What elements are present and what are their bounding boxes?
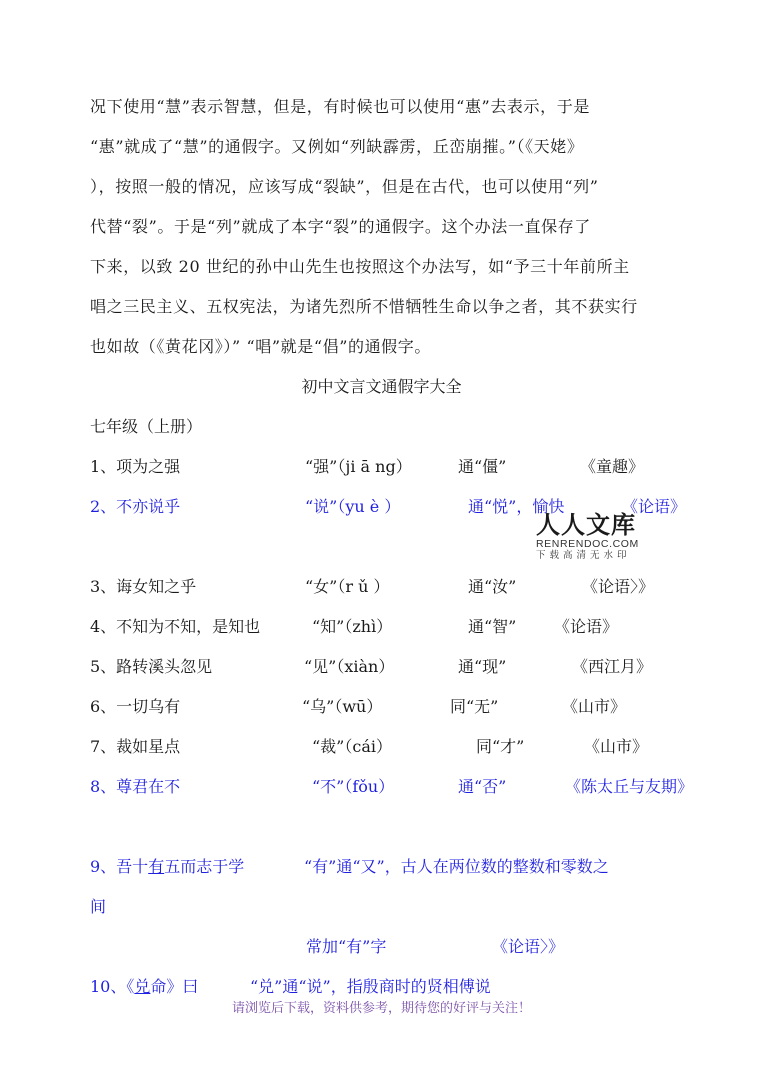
footer-note: 请浏览后下载，资料供参考，期待您的好评与关注！ (0, 1001, 763, 1017)
entry-character: “女”（r ǔ ） (305, 577, 390, 597)
paragraph-line: 代替“裂”。于是“列”就成了本字“裂”的通假字。这个办法一直保存了 (90, 217, 591, 237)
entry-sentence: 4、不知为不知，是知也 (90, 617, 260, 637)
entry-character: “说”（yu è ） (305, 497, 400, 517)
entry-sentence: 6、一切乌有 (90, 697, 180, 717)
renrendoc-watermark: 人人文库 RENRENDOC.COM 下载高清无水印 (536, 512, 646, 562)
paragraph-line: “惠”就成了“慧”的通假字。又例如“列缺霹雳，丘峦崩摧。”（《天姥》 (90, 137, 583, 157)
entry-sentence-underlined: 兑 (134, 977, 150, 996)
entry-character: “强”（ji ā ng） (305, 457, 412, 477)
paragraph-line: 况下使用“慧”表示智慧，但是，有时候也可以使用“惠”去表示，于是 (90, 97, 590, 117)
entry-character: “不”（fǒu） (312, 777, 394, 797)
entry-relation: 通“智” (468, 617, 516, 637)
entry-relation: 通“僵” (458, 457, 506, 477)
watermark-subtitle: 下载高清无水印 (536, 550, 646, 562)
entry-source: 《西江月》 (572, 657, 652, 677)
entry-relation: 同“无” (450, 697, 498, 717)
entry-sentence: 9、吾十有五而志于学 (90, 857, 244, 877)
paragraph-line: 唱之三民主义、五权宪法，为诸先烈所不惜牺牲生命以争之者，其不获实行 (90, 297, 638, 317)
entry-source: 《童趣》 (580, 457, 644, 477)
entry-sentence: 8、尊君在不 (90, 777, 180, 797)
paragraph-line: 也如故（《黄花冈》）” “唱”就是“倡”的通假字。 (90, 337, 431, 357)
entry-sentence: 10、《兑命》曰 (90, 977, 198, 997)
entry-sentence-prefix: 10、《 (90, 977, 134, 996)
paragraph-line: 下来，以致 20 世纪的孙中山先生也按照这个办法写，如“予三十年前所主 (90, 257, 630, 277)
entry-relation: 通“汝” (468, 577, 516, 597)
entry-character: “知”（zhì） (312, 617, 392, 637)
entry-source: 《论语〉》 (492, 937, 564, 957)
entry-relation: 同“才” (476, 737, 524, 757)
entry-character: “裁”（cái） (312, 737, 392, 757)
entry-sentence-prefix: 9、吾十 (90, 857, 148, 876)
entry-source: 《陈太丘与友期》 (565, 777, 693, 797)
entry-sentence: 5、路转溪头忽见 (90, 657, 212, 677)
entry-sentence-suffix: 命》曰 (150, 977, 198, 996)
entry-sentence: 3、诲女知之乎 (90, 577, 196, 597)
entry-relation: 通“现” (458, 657, 506, 677)
entry-sentence-underlined: 有 (148, 857, 164, 876)
watermark-title: 人人文库 (536, 512, 646, 538)
entry-sentence-suffix: 五而志于学 (164, 857, 244, 876)
entry-explanation: “有”通“又”，古人在两位数的整数和零数之 (304, 857, 609, 877)
entry-explanation: “兑”通“说”，指殷商时的贤相傅说 (250, 977, 491, 997)
paragraph-line: ），按照一般的情况，应该写成“裂缺”，但是在古代，也可以使用“列” (90, 177, 599, 197)
grade-heading: 七年级（上册） (90, 417, 202, 437)
entry-character: “乌”（wū） (302, 697, 382, 717)
entry-sentence: 2、不亦说乎 (90, 497, 180, 517)
entry-sentence: 7、裁如星点 (90, 737, 180, 757)
document-page: 况下使用“慧”表示智慧，但是，有时候也可以使用“惠”去表示，于是 “惠”就成了“… (0, 0, 763, 1080)
entry-source: 《论语〉》 (582, 577, 654, 597)
entry-relation: 通“否” (458, 777, 506, 797)
section-title: 初中文言文通假字大全 (0, 377, 763, 397)
entry-character: “见”（xiàn） (304, 657, 394, 677)
watermark-url: RENRENDOC.COM (536, 538, 646, 550)
entry-explanation-cont: 常加“有”字 (306, 937, 386, 957)
entry-explanation-wrap: 间 (90, 897, 106, 917)
entry-sentence: 1、项为之强 (90, 457, 180, 477)
entry-source: 《山市》 (584, 737, 648, 757)
entry-source: 《论语》 (554, 617, 618, 637)
entry-source: 《山市》 (562, 697, 626, 717)
